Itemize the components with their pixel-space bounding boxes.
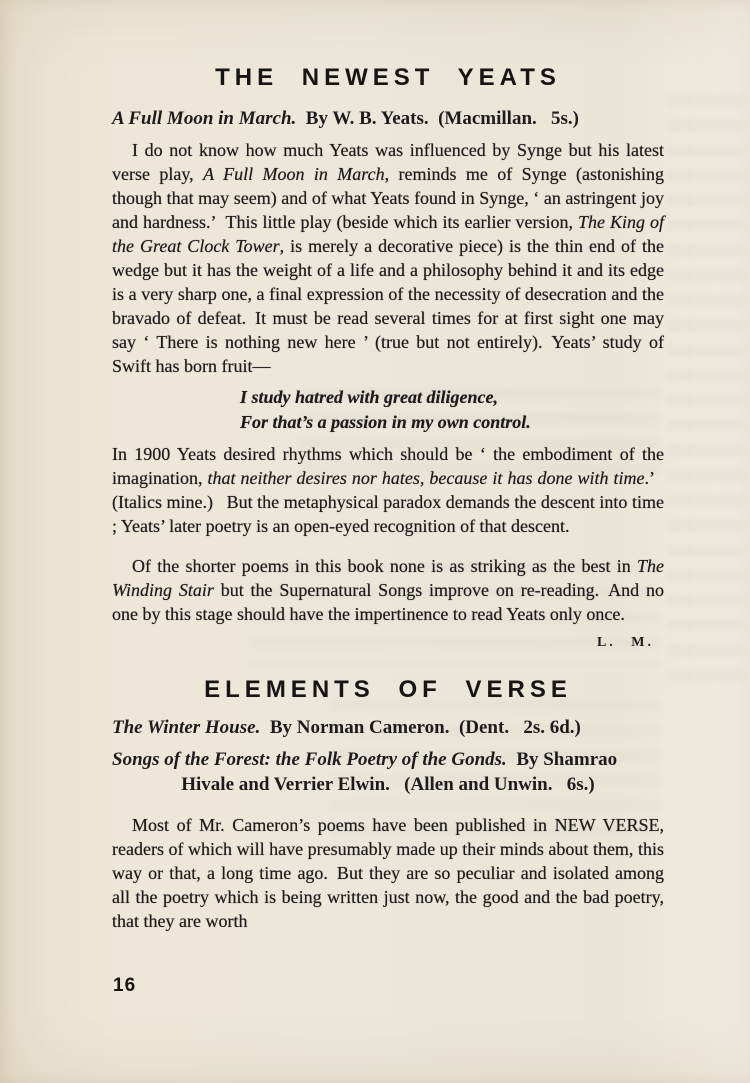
- verse-line: I study hatred with great diligence,: [240, 385, 664, 410]
- book-entry-line: A Full Moon in March. By W. B. Yeats. (M…: [112, 106, 664, 131]
- book-entry-songs-of-the-forest: Songs of the Forest: the Folk Poetry of …: [112, 747, 664, 797]
- review-heading-newest-yeats: THE NEWEST YEATS: [112, 64, 664, 91]
- review-heading-elements-of-verse: ELEMENTS OF VERSE: [112, 676, 664, 703]
- book-entry-line: The Winter House. By Norman Cameron. (De…: [112, 715, 664, 740]
- show-through-right-margin: [668, 95, 746, 695]
- page-number: 16: [113, 975, 136, 997]
- review-paragraph: I do not know how much Yeats was influen…: [112, 138, 664, 378]
- review-paragraph: Most of Mr. Cameron’s poems have been pu…: [112, 813, 664, 933]
- review-paragraph: In 1900 Yeats desired rhythms which shou…: [112, 442, 664, 538]
- book-entry-line: Songs of the Forest: the Folk Poetry of …: [112, 747, 664, 772]
- verse-quotation: I study hatred with great diligence, For…: [240, 385, 664, 435]
- scanned-book-page: THE NEWEST YEATS A Full Moon in March. B…: [0, 0, 750, 1083]
- reviewer-initials: L. M.: [112, 635, 654, 651]
- book-entry-line: Hivale and Verrier Elwin. (Allen and Unw…: [112, 772, 664, 797]
- text-column: THE NEWEST YEATS A Full Moon in March. B…: [112, 64, 664, 933]
- verse-line: For that’s a passion in my own control.: [240, 410, 664, 435]
- review-paragraph: Of the shorter poems in this book none i…: [112, 554, 664, 626]
- book-entry-winter-house: The Winter House. By Norman Cameron. (De…: [112, 715, 664, 740]
- book-entry-full-moon-in-march: A Full Moon in March. By W. B. Yeats. (M…: [112, 106, 664, 131]
